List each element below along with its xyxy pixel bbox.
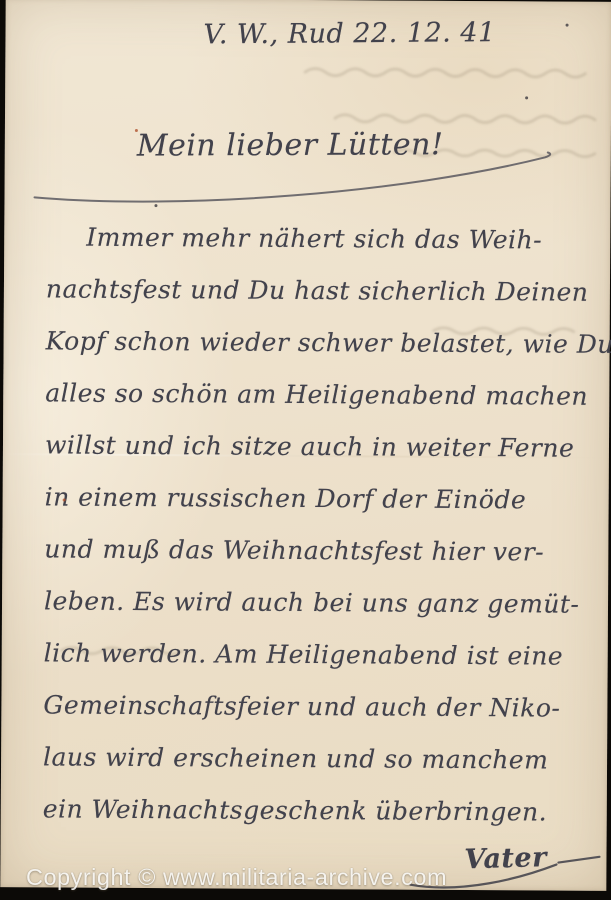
ink-speck	[525, 96, 528, 99]
paper-sheet: V. W., Rud 22. 12. 41 Mein lieber Lütten…	[0, 0, 611, 891]
ink-speck	[63, 499, 66, 502]
salutation-handwriting: Mein lieber Lütten!	[137, 127, 444, 163]
ink-speck	[135, 129, 138, 132]
handwriting-line: Kopf schon wieder schwer belastet, wie D…	[46, 326, 611, 358]
letter-photo: V. W., Rud 22. 12. 41 Mein lieber Lütten…	[0, 0, 611, 900]
handwriting-line: Immer mehr nähert sich das Weih-	[46, 222, 542, 254]
handwriting-line: Gemeinschaftsfeier und auch der Niko-	[43, 690, 560, 722]
handwriting-line: leben. Es wird auch bei uns ganz gemüt-	[44, 586, 580, 618]
handwriting-line: ein Weihnachtsgeschenk überbringen.	[43, 794, 548, 826]
dateline-handwriting: V. W., Rud 22. 12. 41	[203, 17, 495, 50]
copyright-watermark: Copyright © www.militaria-archive.com	[26, 864, 447, 891]
handwriting-line: alles so schön am Heiligenabend machen	[45, 378, 588, 410]
handwriting-line: in einem russischen Dorf der Einöde	[45, 482, 527, 514]
ink-speck	[566, 24, 569, 27]
handwriting-line: laus wird erscheinen und so manchem	[43, 742, 548, 774]
handwriting-line: nachtsfest und Du hast sicherlich Deinen	[46, 274, 589, 306]
signature-handwriting: Vater	[464, 842, 547, 875]
handwriting-line: lich werden. Am Heiligenabend ist eine	[44, 638, 564, 670]
handwriting-line: willst und ich sitze auch in weiter Fern…	[45, 430, 575, 462]
ink-speck	[154, 204, 157, 207]
handwriting-line: und muß das Weihnachtsfest hier ver-	[44, 534, 544, 566]
